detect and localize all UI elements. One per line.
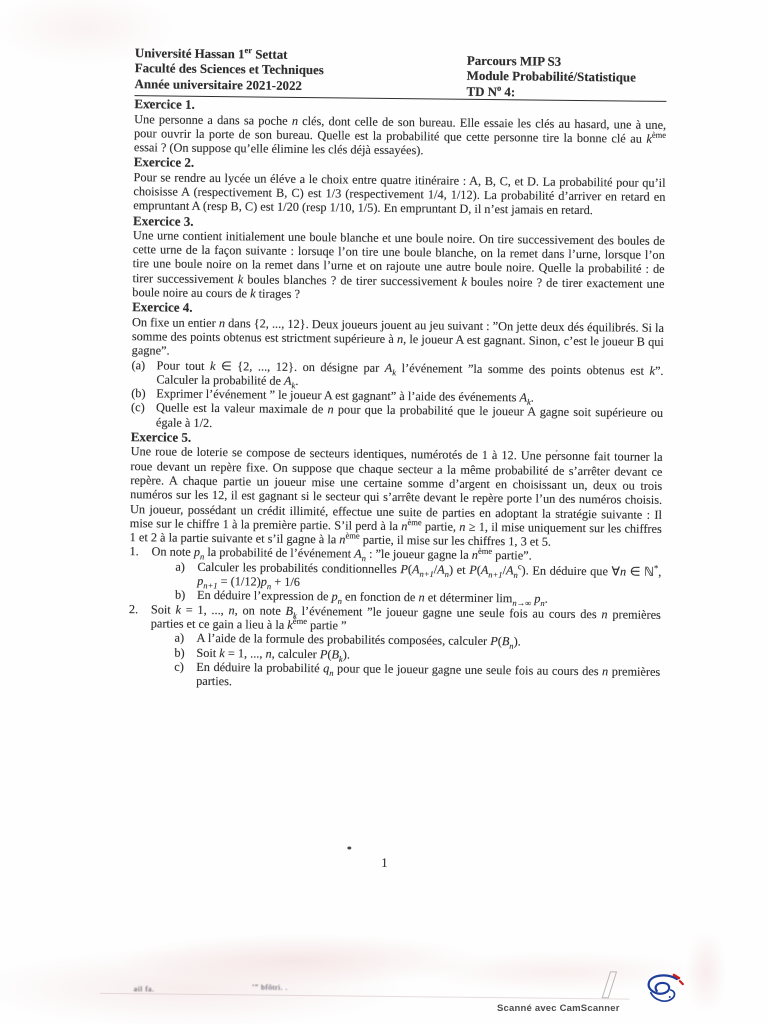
document-header: Université Hassan 1er Settat Faculté des… xyxy=(134,46,667,102)
scan-speck xyxy=(556,450,558,452)
scan-bottom-edge xyxy=(100,993,630,1000)
scanned-page: Université Hassan 1er Settat Faculté des… xyxy=(0,0,768,1024)
exercise-4-item-c: (c) Quelle est la valeur maximale de n p… xyxy=(131,401,663,435)
bleed-through-text: ail fa. xyxy=(134,984,155,993)
program-name: Parcours MIP S3 xyxy=(467,54,636,71)
exercise-5-question-1: 1. On note pn la probabilité de l’événem… xyxy=(129,545,662,608)
item-text: Quelle est la valeur maximale de n pour … xyxy=(156,401,663,435)
subitem-label: b) xyxy=(175,588,197,603)
scan-speck xyxy=(148,101,150,103)
subitem-label: b) xyxy=(174,645,196,660)
scan-area: Université Hassan 1er Settat Faculté des… xyxy=(0,0,768,1024)
exercise-3: Exercice 3. Une urne contient initialeme… xyxy=(132,214,665,306)
subitem-text: En déduire la probabilité qn pour que le… xyxy=(196,660,660,694)
exercise-5-body: Une roue de loterie se compose de secteu… xyxy=(130,444,663,550)
question-label: 2. xyxy=(128,602,151,688)
exercise-2-body: Pour se rendre au lycée un éléve a le ch… xyxy=(133,170,665,219)
document-content: Université Hassan 1er Settat Faculté des… xyxy=(128,46,667,693)
subitem-label: a) xyxy=(175,631,197,646)
bleed-through-text: ’” bfôtri. . xyxy=(252,982,288,991)
header-right: Parcours MIP S3 Module Probabilité/Stati… xyxy=(466,54,636,102)
exercise-5: Exercice 5. Une roue de loterie se compo… xyxy=(128,430,663,693)
exercise-1: Exercice 1. Une personne a dans sa poche… xyxy=(134,97,667,160)
exercise-2: Exercice 2. Pour se rendre au lycée un é… xyxy=(133,156,666,219)
ink-scribble xyxy=(640,971,686,1012)
exercise-3-body: Une urne contient initialement une boule… xyxy=(132,228,665,305)
module-name: Module Probabilité/Statistique xyxy=(467,69,636,86)
scan-speck xyxy=(347,847,351,850)
td-number: TD No 4: xyxy=(466,85,635,102)
item-label: (a) xyxy=(131,358,156,387)
pen-slash-marks xyxy=(606,971,616,1003)
exercise-5-question-2: 2. Soit k = 1, ..., n, on note Bk l’évén… xyxy=(128,602,661,694)
exercise-4: Exercice 4. On fixe un entier n dans {2,… xyxy=(131,301,664,435)
camscanner-watermark: Scanné avec CamScanner xyxy=(497,1003,620,1014)
item-label: (b) xyxy=(131,386,156,401)
item-label: (c) xyxy=(131,401,156,430)
question-label: 1. xyxy=(129,545,152,602)
question-2-subitem-c: c) En déduire la probabilité qn pour que… xyxy=(174,659,660,693)
exercise-1-body: Une personne a dans sa poche n clés, don… xyxy=(134,112,666,161)
subitem-label: a) xyxy=(175,559,197,588)
page-number: 1 xyxy=(381,855,388,871)
exercise-4-body: On fixe un entier n dans {2, ..., 12}. D… xyxy=(132,315,664,364)
subitem-label: c) xyxy=(174,659,196,688)
